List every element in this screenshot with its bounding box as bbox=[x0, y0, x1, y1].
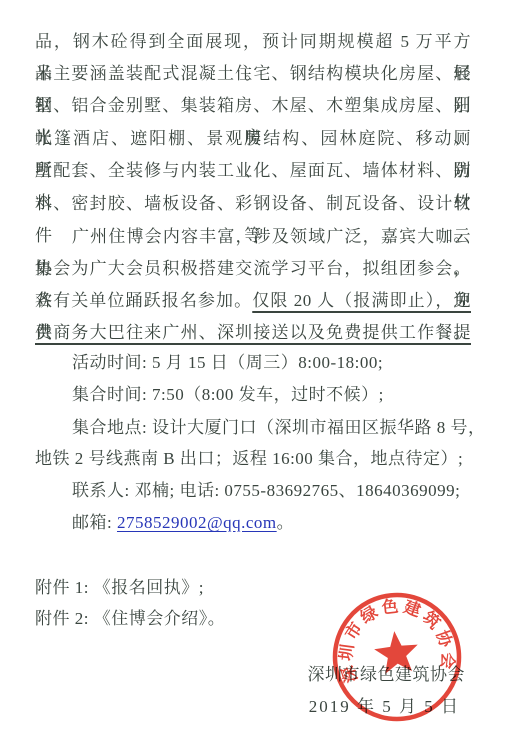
text-line: 集合时间: 7:50（8:00 发车，过时不候）; bbox=[35, 379, 471, 411]
text-line: 料、密封胶、墙板设备、彩钢设备、制瓦设备、设计软件等。 bbox=[35, 188, 471, 220]
text-line: 品，钢木砼得到全面展现，预计同期规模超 5 万平方米。展 bbox=[35, 26, 471, 58]
text-line: 地铁 2 号线燕南 B 出口；返程 16:00 集合，地点待定）; bbox=[35, 443, 471, 475]
text-line: 墅配套、全装修与内装工业化、屋面瓦、墙体材料、防水材 bbox=[35, 155, 471, 187]
text-run: 活动时间: 5 月 15 日（周三）8:00-18:00; bbox=[72, 353, 383, 372]
text-run: 地铁 2 号线燕南 B 出口；返程 16:00 集合，地点待定）; bbox=[35, 449, 463, 468]
text-line: 附件 1: 《报名回执》; bbox=[35, 572, 471, 604]
document-page: 品，钢木砼得到全面展现，预计同期规模超 5 万平方米。展品主要涵盖装配式混凝土住… bbox=[0, 0, 506, 746]
text-run: 深圳市绿色建筑协会 bbox=[308, 665, 466, 684]
text-run: 附件 1: 《报名回执》; bbox=[35, 578, 204, 597]
text-line: 邮箱: 2758529002@qq.com。 bbox=[35, 507, 471, 539]
text-line: 2019 年 5 月 5 日 bbox=[35, 691, 471, 723]
text-line: 墅、铝合金别墅、集装箱房、木屋、木塑集成房屋、阳光房、 bbox=[35, 90, 471, 122]
text-line: 活动时间: 5 月 15 日（周三）8:00-18:00; bbox=[35, 347, 471, 379]
text-run: 邮箱: bbox=[72, 513, 117, 532]
text-line: 深圳市绿色建筑协会 bbox=[35, 659, 471, 691]
text-run: 联系人: 邓楠; 电话: 0755-83692765、18640369099; bbox=[72, 481, 460, 500]
text-line: 集合地点: 设计大厦门口（深圳市福田区振华路 8 号， bbox=[35, 412, 471, 444]
text-run: 各有关单位踊跃报名参加。 bbox=[35, 291, 252, 310]
text-run: 附件 2: 《住博会介绍》。 bbox=[35, 609, 225, 628]
text-run: 2019 年 5 月 5 日 bbox=[309, 697, 460, 716]
text-line: 联系人: 邓楠; 电话: 0755-83692765、18640369099; bbox=[35, 475, 471, 507]
text-line: 附件 2: 《住博会介绍》。 bbox=[35, 603, 471, 635]
text-line: 协会为广大会员积极搭建交流学习平台，拟组团参会，欢迎 bbox=[35, 253, 471, 285]
text-run: 。 bbox=[277, 513, 295, 532]
text-line: 帐篷酒店、遮阳棚、景观膜结构、园林庭院、移动厕所、别 bbox=[35, 123, 471, 155]
text-line: 广州住博会内容丰富，涉及领域广泛，嘉宾大咖云集。 bbox=[35, 221, 471, 253]
text-line: 品主要涵盖装配式混凝土住宅、钢结构模块化房屋、轻钢别 bbox=[35, 58, 471, 90]
text-line: 各有关单位踊跃报名参加。仅限 20 人（报满即止），免费提 bbox=[35, 285, 471, 317]
text-run: 集合时间: 7:50（8:00 发车，过时不候）; bbox=[72, 385, 384, 404]
text-run: 供商务大巴往来广州、深圳接送以及免费提供工作餐。 bbox=[35, 323, 471, 342]
email-link[interactable]: 2758529002@qq.com bbox=[117, 513, 277, 532]
text-run: 集合地点: 设计大厦门口（深圳市福田区振华路 8 号， bbox=[72, 418, 485, 437]
text-line: 供商务大巴往来广州、深圳接送以及免费提供工作餐。 bbox=[35, 317, 471, 349]
